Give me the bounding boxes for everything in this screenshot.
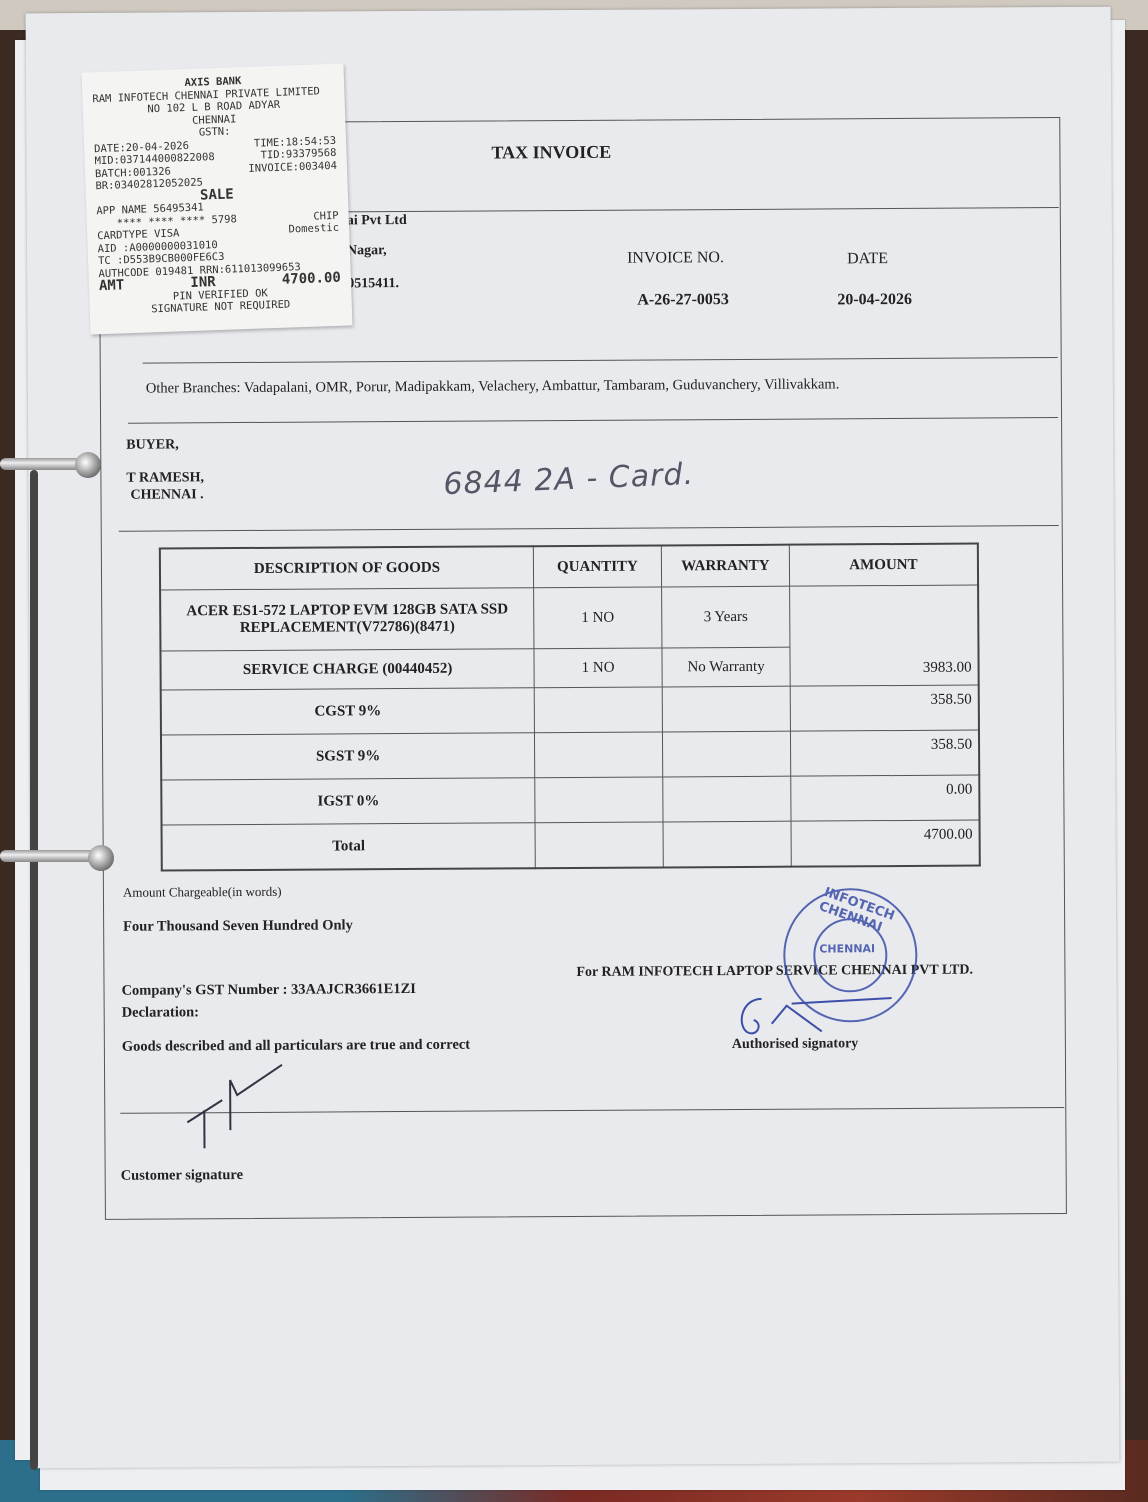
binder-spine — [30, 470, 38, 1470]
empty-cell — [662, 731, 790, 777]
col-header-quantity: QUANTITY — [533, 545, 661, 587]
binder-ring-knob — [75, 452, 101, 478]
table-row: ACER ES1-572 LAPTOP EVM 128GB SATA SSD R… — [160, 585, 978, 651]
goods-table: DESCRIPTION OF GOODS QUANTITY WARRANTY A… — [159, 543, 981, 872]
buyer-label: BUYER, — [126, 437, 179, 453]
tax-amount: 358.50 — [790, 685, 979, 731]
item-description: ACER ES1-572 LAPTOP EVM 128GB SATA SSD R… — [160, 588, 534, 651]
table-row-tax: SGST 9% 358.50 — [161, 730, 979, 780]
empty-cell — [663, 821, 791, 867]
seller-address-fragment: Nagar, — [347, 243, 387, 259]
total-amount: 4700.00 — [791, 820, 980, 867]
receipt-card-entry: CHIP — [313, 209, 339, 222]
receipt-amount: 4700.00 — [282, 272, 341, 287]
tax-amount: 358.50 — [790, 730, 979, 776]
customer-signature-icon — [172, 1060, 313, 1156]
seller-pin-fragment: 0515411. — [347, 276, 399, 292]
receipt-time: 18:54:53 — [285, 134, 336, 148]
item-description-line1: ACER ES1-572 LAPTOP EVM 128GB SATA SSD — [167, 601, 527, 620]
empty-cell — [535, 822, 663, 868]
col-header-warranty: WARRANTY — [661, 545, 789, 587]
item-warranty: 3 Years — [662, 586, 790, 648]
empty-cell — [663, 776, 791, 822]
binder-ring-bottom — [0, 850, 95, 862]
item-quantity: 1 NO — [534, 648, 662, 688]
gst-label-text: Company's GST Number : — [121, 982, 287, 999]
authorised-signatory-label: Authorised signatory — [732, 1036, 859, 1053]
table-row-total: Total 4700.00 — [162, 820, 980, 870]
invoice-date: 20-04-2026 — [837, 291, 912, 309]
tax-label: IGST 0% — [161, 778, 535, 825]
buyer-city: CHENNAI . — [130, 487, 203, 503]
declaration-text: Goods described and all particulars are … — [122, 1037, 470, 1056]
receipt-batch: 001326 — [133, 165, 171, 178]
table-row-tax: CGST 9% 358.50 — [161, 685, 979, 735]
tax-label: CGST 9% — [161, 688, 535, 735]
binder-ring-knob — [88, 845, 114, 871]
customer-signature-label: Customer signature — [121, 1167, 243, 1185]
gst-label: Company's GST Number : 33AAJCR3661E1ZI — [121, 981, 415, 1000]
seller-name-fragment: ai Pvt Ltd — [347, 213, 407, 229]
empty-cell — [662, 686, 790, 732]
col-header-description: DESCRIPTION OF GOODS — [160, 546, 534, 590]
invoice-title: TAX INVOICE — [491, 142, 611, 164]
col-header-amount: AMOUNT — [789, 544, 978, 587]
total-label: Total — [162, 823, 536, 871]
receipt-tid: 93379568 — [286, 147, 337, 161]
amount-words-label: Amount Chargeable(in words) — [123, 884, 282, 901]
stamp-inner-text: CHENNAI — [819, 942, 875, 955]
amount-in-words: Four Thousand Seven Hundred Only — [123, 917, 353, 935]
invoice-no-label: INVOICE NO. — [627, 249, 724, 268]
item-quantity: 1 NO — [534, 587, 662, 649]
gst-number: 33AAJCR3661E1ZI — [291, 981, 416, 998]
table-row-tax: IGST 0% 0.00 — [161, 775, 979, 825]
receipt-invoice: 003404 — [299, 159, 337, 172]
item-warranty: No Warranty — [662, 647, 790, 687]
buyer-name: T RAMESH, — [126, 470, 204, 486]
empty-cell — [535, 777, 663, 823]
item-description: SERVICE CHARGE (00440452) — [160, 649, 534, 690]
items-amount: 3983.00 — [790, 585, 979, 686]
item-description-line2: REPLACEMENT(V72786)(8471) — [167, 618, 527, 637]
table-header-row: DESCRIPTION OF GOODS QUANTITY WARRANTY A… — [160, 544, 978, 590]
declaration-label: Declaration: — [122, 1004, 199, 1021]
binder-ring-top — [0, 458, 85, 470]
empty-cell — [534, 687, 662, 733]
empty-cell — [534, 732, 662, 778]
date-label: DATE — [847, 250, 888, 268]
card-payment-receipt: AXIS BANK RAM INFOTECH CHENNAI PRIVATE L… — [82, 64, 353, 335]
tax-label: SGST 9% — [161, 733, 535, 780]
tax-amount: 0.00 — [791, 775, 980, 821]
invoice-number: A-26-27-0053 — [637, 291, 729, 310]
